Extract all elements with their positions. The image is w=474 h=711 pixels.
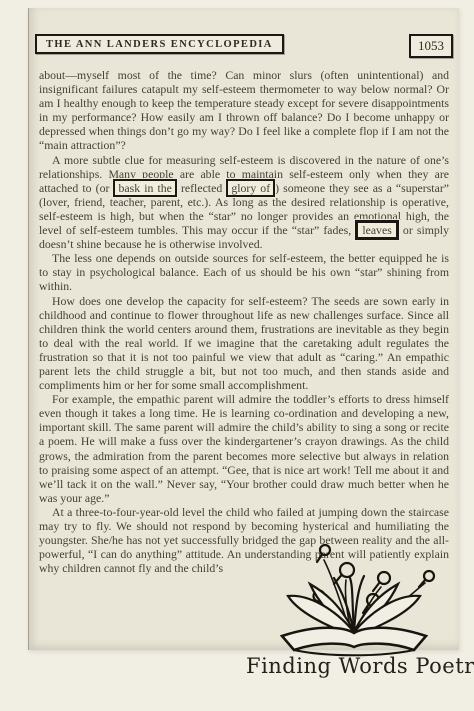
page-number-box: 1053	[409, 34, 453, 58]
paragraph-2-text: reflected	[177, 181, 226, 195]
poem-word-leaves: leaves	[355, 220, 398, 240]
paragraph-3: The less one depends on outside sources …	[39, 251, 449, 293]
paragraph-4: How does one develop the capacity for se…	[39, 294, 449, 393]
page-header-row: THE ANN LANDERS ENCYCLOPEDIA 1053	[35, 34, 453, 58]
open-book-icon	[282, 576, 426, 655]
paragraph-2: A more subtle clue for measuring self-es…	[39, 153, 449, 252]
book-title-box: THE ANN LANDERS ENCYCLOPEDIA	[35, 34, 284, 54]
blackout-poetry-photo: THE ANN LANDERS ENCYCLOPEDIA 1053 about—…	[0, 0, 474, 711]
finding-words-poetry-logo: Finding Words Poetry	[246, 534, 468, 704]
page-text: about—myself most of the time? Can minor…	[29, 62, 459, 575]
poem-word-bask-in-the: bask in the	[113, 179, 176, 197]
paragraph-1: about—myself most of the time? Can minor…	[39, 68, 449, 153]
logo-caption: Finding Words Poetry	[246, 654, 468, 678]
poem-word-glory-of: glory of	[226, 179, 275, 197]
paragraph-5: For example, the empathic parent will ad…	[39, 392, 449, 505]
logo-art	[246, 534, 468, 658]
